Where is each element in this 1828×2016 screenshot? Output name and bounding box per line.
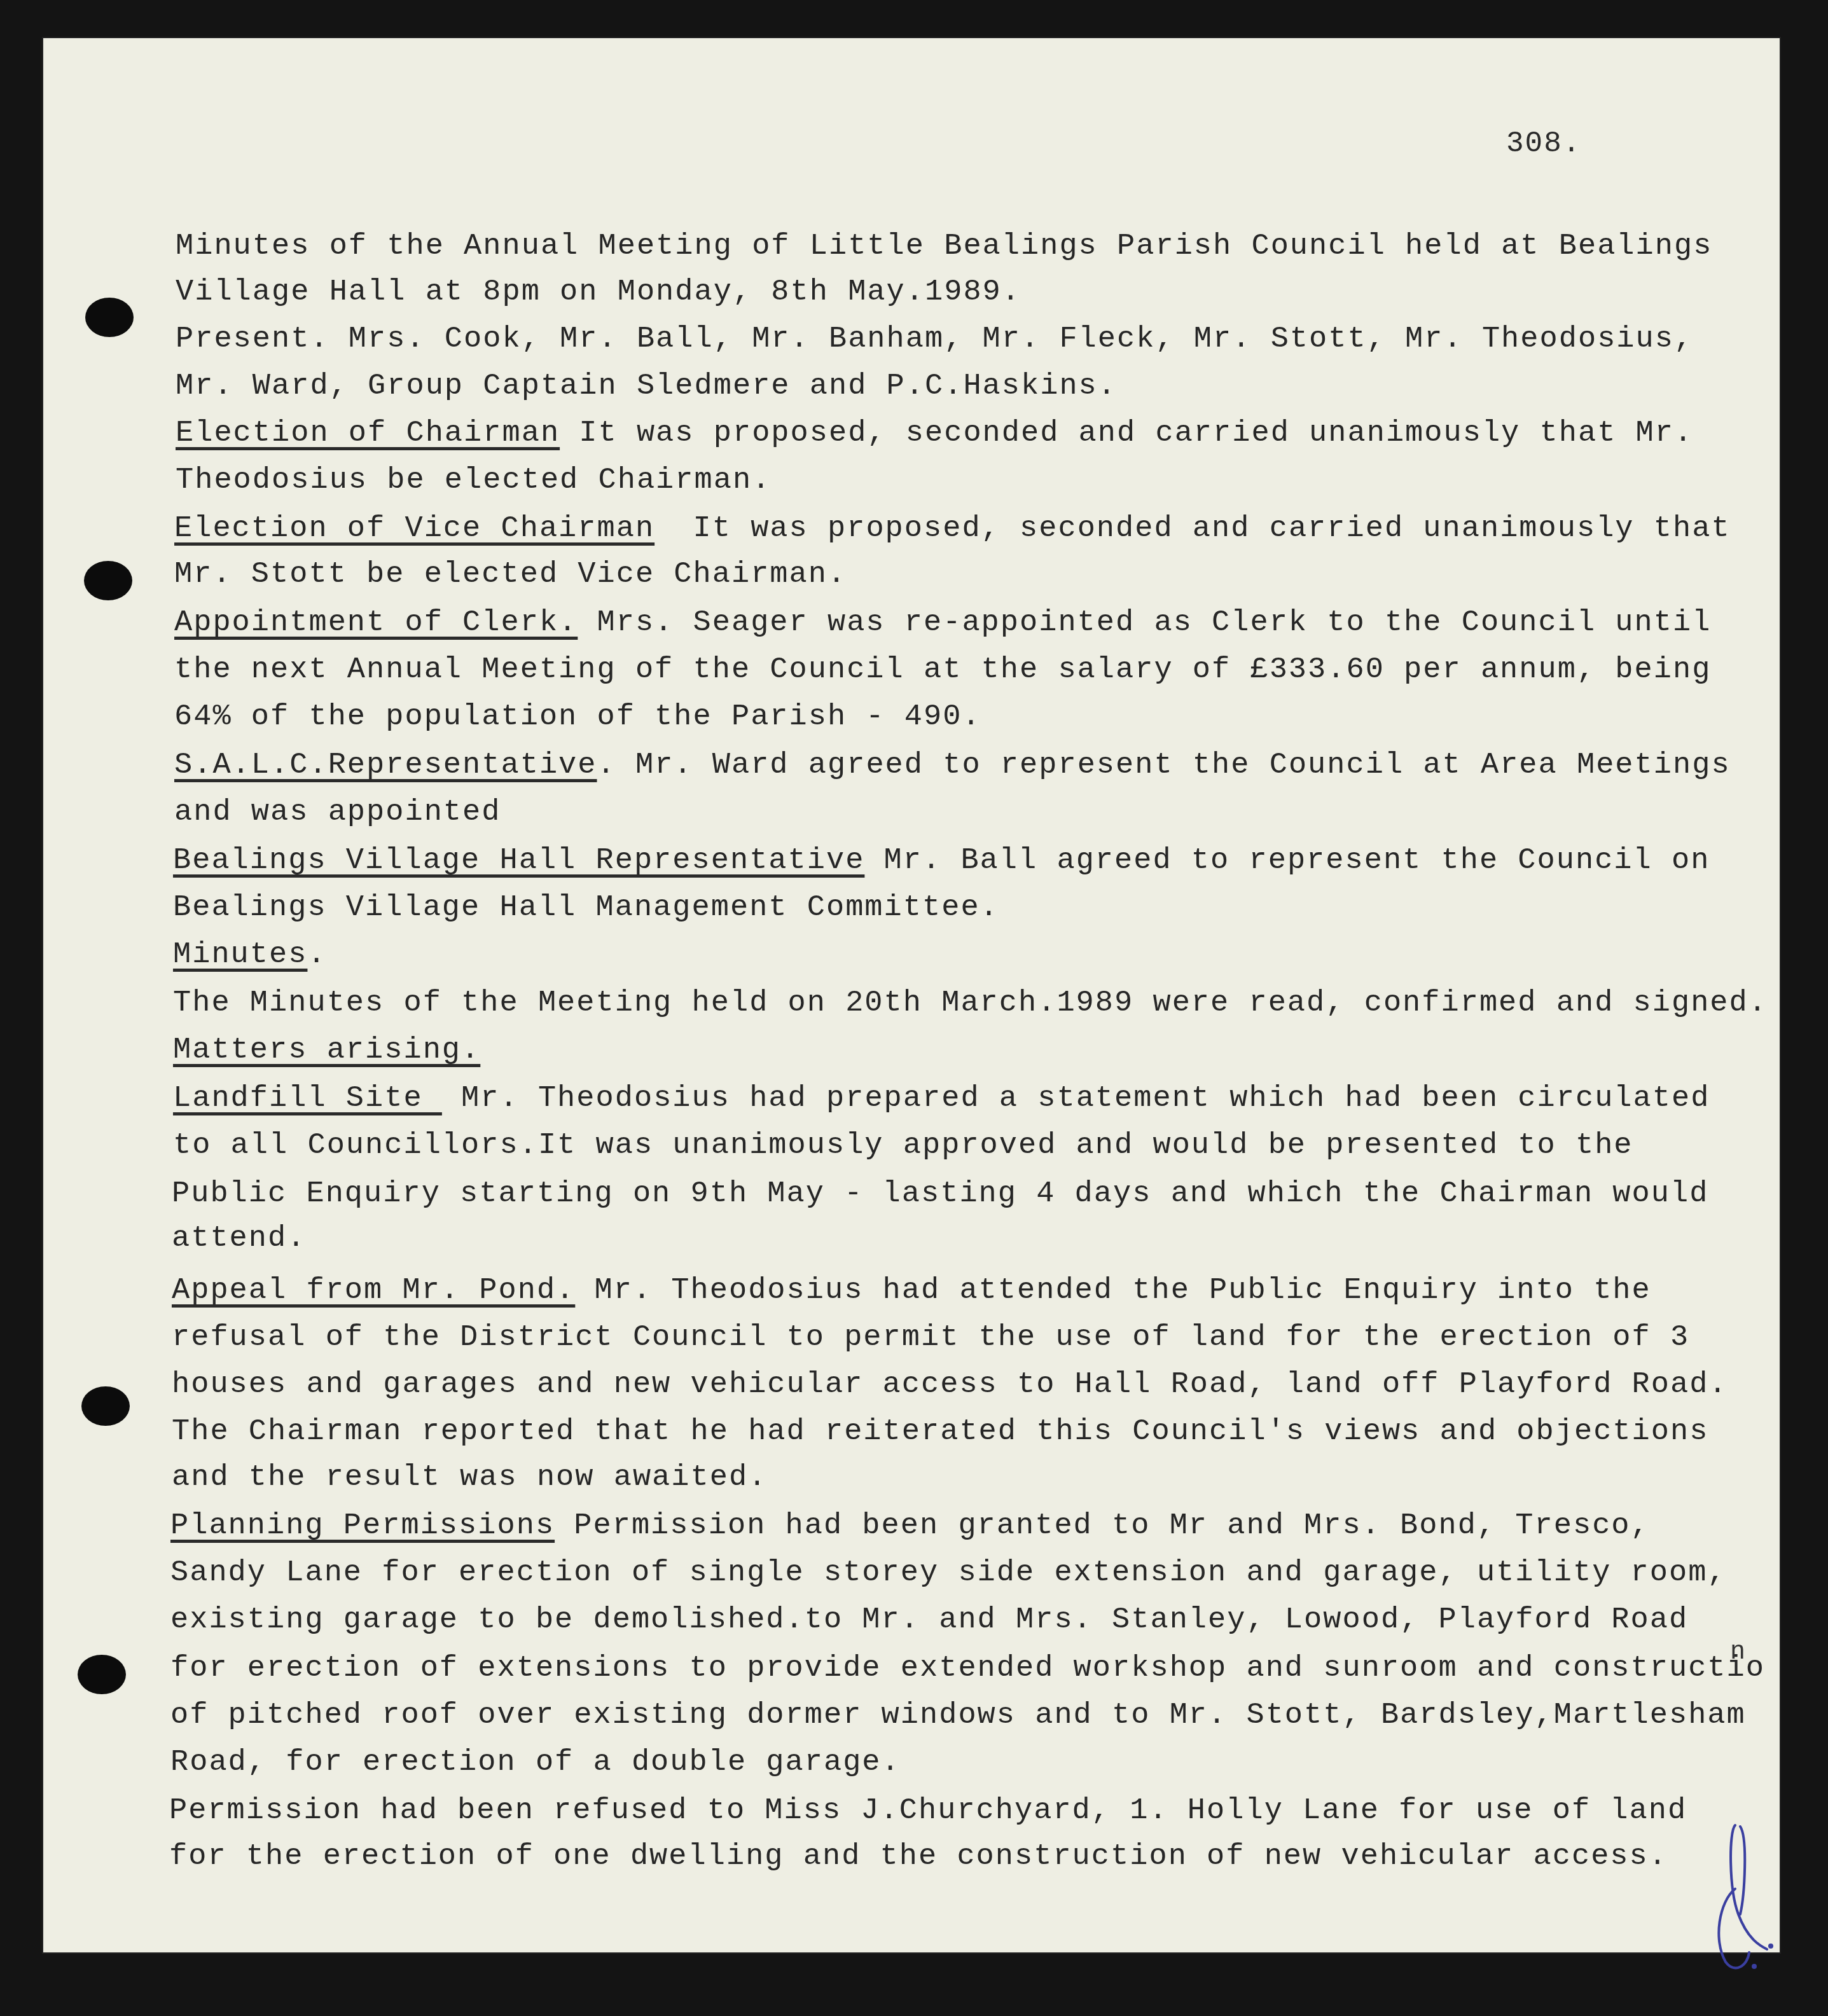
section-heading: Election of Chairman	[176, 417, 560, 450]
section-heading: Appeal from Mr. Pond.	[172, 1274, 575, 1308]
section-text: Mr. Theodosius had prepared a statement …	[442, 1082, 1710, 1115]
section-text: Mr. Ball agreed to represent the Council…	[864, 844, 1710, 878]
present-line: Mr. Ward, Group Captain Sledmere and P.C…	[176, 369, 1117, 404]
punch-hole	[81, 1386, 130, 1426]
section-text: Mr. Stott be elected Vice Chairman.	[174, 557, 847, 593]
section-text: attend.	[172, 1221, 306, 1257]
section-text: Mr. Theodosius had attended the Public E…	[575, 1274, 1651, 1308]
handwritten-initials-icon	[1710, 1819, 1780, 1971]
section-heading: S.A.L.C.Representative	[174, 749, 597, 782]
section-text: and the result was now awaited.	[172, 1460, 767, 1496]
section-heading: Planning Permissions	[170, 1509, 555, 1543]
title-line: Minutes of the Annual Meeting of Little …	[176, 229, 1712, 265]
section-text: Public Enquiry starting on 9th May - las…	[172, 1177, 1708, 1212]
section-text: Bealings Village Hall Management Committ…	[173, 890, 999, 926]
section-election-vice-chairman: Election of Vice Chairman It was propose…	[174, 511, 1731, 547]
section-text: refusal of the District Council to permi…	[172, 1320, 1689, 1356]
section-landfill-site: Landfill Site Mr. Theodosius had prepare…	[173, 1081, 1710, 1117]
section-election-chairman: Election of Chairman It was proposed, se…	[176, 416, 1693, 452]
section-text: for erection of extensions to provide ex…	[170, 1651, 1765, 1687]
punch-hole	[84, 561, 132, 600]
present-line: Present. Mrs. Cook, Mr. Ball, Mr. Banham…	[176, 322, 1693, 357]
section-minutes: Minutes.	[173, 937, 327, 973]
section-heading: Bealings Village Hall Representative	[173, 844, 864, 878]
section-text: Theodosius be elected Chairman.	[176, 463, 771, 499]
section-heading: Minutes	[173, 938, 307, 972]
section-matters-arising: Matters arising.	[173, 1033, 480, 1068]
page-number: 308.	[1506, 127, 1581, 160]
section-heading: Matters arising.	[173, 1033, 480, 1067]
punch-hole	[85, 298, 134, 337]
section-text: .	[307, 938, 326, 972]
section-text: It was proposed, seconded and carried un…	[654, 512, 1730, 546]
section-text: The Minutes of the Meeting held on 20th …	[173, 986, 1768, 1021]
punch-hole	[78, 1655, 126, 1694]
section-text: Permission had been refused to Miss J.Ch…	[169, 1793, 1687, 1829]
section-heading: Landfill Site	[173, 1082, 442, 1115]
section-appeal-mr-pond: Appeal from Mr. Pond. Mr. Theodosius had…	[172, 1273, 1651, 1309]
section-heading: Election of Vice Chairman	[174, 512, 654, 546]
section-text: Road, for erection of a double garage.	[170, 1745, 901, 1781]
section-text: 64% of the population of the Parish - 49…	[174, 700, 981, 735]
section-text: to all Councillors.It was unanimously ap…	[173, 1128, 1633, 1164]
section-text: houses and garages and new vehicular acc…	[172, 1367, 1728, 1403]
section-text: It was proposed, seconded and carried un…	[560, 417, 1693, 450]
section-text: the next Annual Meeting of the Council a…	[174, 652, 1711, 688]
section-text: Permission had been granted to Mr and Mr…	[555, 1509, 1650, 1543]
section-village-hall-representative: Bealings Village Hall Representative Mr.…	[173, 843, 1710, 879]
section-heading: Appointment of Clerk.	[174, 606, 578, 640]
section-text: and was appointed	[174, 795, 501, 831]
section-text: . Mr. Ward agreed to represent the Counc…	[597, 749, 1731, 782]
section-text: of pitched roof over existing dormer win…	[170, 1698, 1746, 1734]
section-text: The Chairman reported that he had reiter…	[172, 1414, 1708, 1450]
document-page: 308. Minutes of the Annual Meeting of Li…	[43, 38, 1780, 1952]
section-text: existing garage to be demolished.to Mr. …	[170, 1603, 1688, 1638]
title-line: Village Hall at 8pm on Monday, 8th May.1…	[176, 275, 1021, 310]
section-text: Mrs. Seager was re-appointed as Clerk to…	[578, 606, 1711, 640]
section-planning-permissions: Planning Permissions Permission had been…	[170, 1509, 1650, 1544]
section-text: for the erection of one dwelling and the…	[169, 1839, 1668, 1875]
section-salc-representative: S.A.L.C.Representative. Mr. Ward agreed …	[174, 748, 1731, 784]
section-text: Sandy Lane for erection of single storey…	[170, 1556, 1727, 1591]
section-appointment-clerk: Appointment of Clerk. Mrs. Seager was re…	[174, 605, 1711, 641]
